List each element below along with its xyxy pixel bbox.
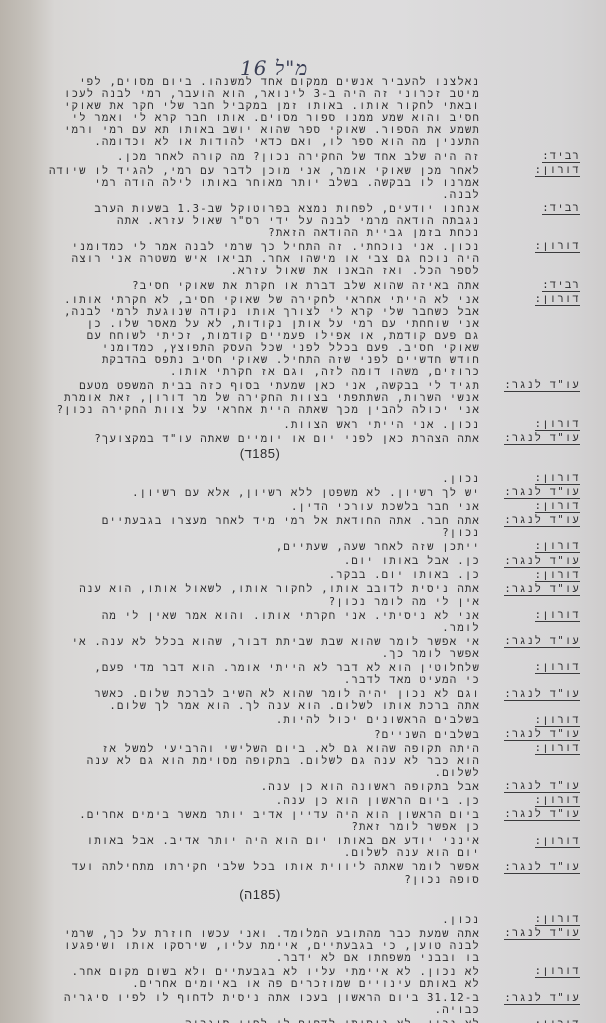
transcript-line: אנחנו יודעים, לפחות נמצא בפרוטוקל שב-1.3… (40, 203, 480, 215)
transcript-line: נכון. (40, 914, 480, 926)
transcript-line: ב-31.12 ביום הראשון בעכו אתה ניסית לדחוף… (40, 992, 480, 1004)
transcript-line: אתה שמעת כבר מהתובע המלומד. ואני עכשו חו… (40, 928, 480, 940)
transcript-line: כן. באותו יום. בבקר. (40, 569, 480, 581)
speaker-label: עו"ד לנגר: (504, 928, 580, 940)
transcript-body: נאלצנו להעביר אנשים ממקום אחד למשנהו. בי… (40, 76, 480, 1023)
transcript-line: הוא כבר לא ענה גם לשלום. בתקופה מסוימת ה… (40, 755, 480, 767)
transcript-line: בו ובבני משפחתו אם לא ידבר. (40, 952, 480, 964)
speaker-label: דורון: (535, 541, 580, 553)
transcript-line: לספר הכל. ואז הבאנו את שאול עזרא. (40, 265, 480, 277)
transcript-line: ובאתי לחקור אותו. באותו זמן במקביל חבר ש… (40, 100, 480, 112)
transcript-line: כי המעיט מאד לדבר. (40, 674, 480, 686)
transcript-line: חסיב והוא שמע ממנו ספור מסוים. אותו חבר … (40, 112, 480, 124)
transcript-line: היתה תקופה שהוא גם לא. ביום השלישי והרבי… (40, 743, 480, 755)
speaker-label: רביד: (542, 280, 580, 292)
transcript-line: אני לא הייתי אחראי לחקירה של שאוקי חסיב,… (40, 294, 480, 306)
transcript-line: וגם לא נכון יהיה לומר שהוא לא השיב לברכת… (40, 688, 480, 700)
transcript-line: אי אפשר לומר שהוא שבת שביתת דבור, שהוא ב… (40, 636, 480, 648)
transcript-line: כן. ביום הראשון הוא כן ענה. (40, 795, 480, 807)
speaker-label: דורון: (535, 419, 580, 431)
speaker-label: דורון: (535, 294, 580, 306)
speaker-label: עו"ד לנגר: (504, 584, 580, 596)
speaker-label: עו"ד לנגר: (504, 781, 580, 793)
speaker-label: עו"ד לנגר: (504, 556, 580, 568)
speaker-label: דורון: (535, 1019, 580, 1023)
transcript-line: נכון. (40, 473, 480, 485)
transcript-line: התענין מה הוא ספר לו, ואם כדאי להודות או… (40, 136, 480, 148)
transcript-line: כן אפשר לומר זאת? (40, 821, 480, 833)
transcript-line: חודש חדשיים לפני שזה התחיל. שאוקי חסיב נ… (40, 354, 480, 366)
transcript-line: לאחר מכן שאוקי אומר, אני מוכן לדבר עם רמ… (40, 165, 480, 177)
transcript-line: תגיד לי בבקשה, אני כאן שמעתי בסוף כזה בב… (40, 380, 480, 392)
exhibit-number: (185ה) (40, 886, 480, 904)
speaker-label: עו"ד לנגר: (504, 729, 580, 741)
transcript-line: אתה ניסית לדובב אותו, לחקור אותו, לשאול … (40, 583, 480, 595)
speaker-label: דורון: (535, 836, 580, 848)
speaker-label: רביד: (542, 151, 580, 163)
speaker-label: עו"ד לנגר: (504, 636, 580, 648)
transcript-line: אני חבר בלשכת עורכי הדין. (40, 501, 480, 513)
transcript-line: לבנה. (40, 189, 480, 201)
transcript-line: נכון. אני הייתי ראש הצוות. (40, 419, 480, 431)
transcript-line: אינני יודע אם באותו יום הוא היה יותר אדי… (40, 835, 480, 847)
speaker-label: דורון: (535, 715, 580, 727)
transcript-line: אמרנו לו בבקשה. בשלב יותר מאוחר באותו לי… (40, 177, 480, 189)
transcript-line: אני שוחחתי עם רמי על אותן נקודות, לא על … (40, 318, 480, 330)
transcript-line: אין לי מה לומר נכון? (40, 596, 480, 608)
transcript-line: נכון? (40, 527, 480, 539)
transcript-line: אבל כשחבר שלי קרא לי לצורך אותו נקודה שנ… (40, 306, 480, 318)
speaker-label: דורון: (535, 662, 580, 674)
transcript-line: אתה חבר. אתה החודאת אל רמי מיד לאחר מעצר… (40, 515, 480, 527)
transcript-line: לא נכון. לא איימתי עליו לא בגבעתיים ולא … (40, 966, 480, 978)
transcript-line: אתה באיזה שהוא שלב דברת או חקרת את שאוקי… (40, 280, 480, 292)
speaker-label: עו"ד לנגר: (504, 380, 580, 392)
transcript-line: לומר. (40, 622, 480, 634)
transcript-line: אני לא ניסיתי. אני חקרתי אותו. והוא אמר … (40, 610, 480, 622)
transcript-line: כבויה. (40, 1004, 480, 1016)
transcript-line: גם פעם קודמת, או אפילו פעמיים קודמות, זכ… (40, 330, 480, 342)
speaker-label: רביד: (542, 203, 580, 215)
transcript-line: אתה ברכת אותו לשלום. הוא ענה לך. הוא אמר… (40, 700, 480, 712)
speaker-label: דורון: (535, 914, 580, 926)
speaker-label: דורון: (535, 795, 580, 807)
transcript-line: סופה נכון? (40, 874, 480, 886)
speaker-label: עו"ד לנגר: (504, 993, 580, 1005)
transcript-line: אפשר לומר כך. (40, 648, 480, 660)
transcript-line: יש לך רשיון. לא משפטן ללא רשיון, אלא עם … (40, 487, 480, 499)
speaker-label: עו"ד לנגר: (504, 689, 580, 701)
transcript-line: ביום הראשון הוא היה עדיין אדיב יותר מאשר… (40, 809, 480, 821)
transcript-line: נאלצנו להעביר אנשים ממקום אחד למשנהו. בי… (40, 76, 480, 88)
transcript-line: אפשר לומר שאתה ליווית אותו בכל שלבי חקיר… (40, 861, 480, 873)
speaker-label: דורון: (535, 473, 580, 485)
transcript-line: לא באותם עינויים שמוזכרים פה או באיומים … (40, 978, 480, 990)
transcript-line: שלחלוטין הוא לא דבר לא הייתי אומר. הוא ד… (40, 662, 480, 674)
transcript-line: יום הוא ענה לשלום. (40, 847, 480, 859)
transcript-line: בשלבים הראשונים יכול להיות. (40, 714, 480, 726)
speaker-label: דורון: (535, 966, 580, 978)
transcript-line: ייתכן שזה לאחר שעה, שעתיים, (40, 541, 480, 553)
speaker-label: דורון: (535, 165, 580, 177)
transcript-line: בשלבים השניים? (40, 729, 480, 741)
speaker-label: דורון: (535, 241, 580, 253)
transcript-line: לבנה טוען, כי בגבעתיים, איימת עליו, שירס… (40, 940, 480, 952)
speaker-label: עו"ד לנגר: (504, 487, 580, 499)
speaker-label: דורון: (535, 570, 580, 582)
transcript-line: נכון. אני נוכחתי. זה התחיל כך שרמי לבנה … (40, 241, 480, 253)
speaker-label: עו"ד לנגר: (504, 809, 580, 821)
transcript-line: שאוקי חסיב. פעם בכלל לפני שכל העסק התפוצ… (40, 342, 480, 354)
document-page: מ"ל 16 נאלצנו להעביר אנשים ממקום אחד למש… (0, 0, 606, 1023)
transcript-line: אני יכולה להבין מכך שאתה היית אחראי על צ… (40, 404, 480, 416)
speaker-label: דורון: (535, 743, 580, 755)
speaker-label: עו"ד לנגר: (504, 433, 580, 445)
speaker-label: דורון: (535, 501, 580, 513)
speaker-label: עו"ד לנגר: (504, 862, 580, 874)
transcript-line: תשמע את הספור. שאוקי ספר שהוא יושב באותו… (40, 124, 480, 136)
speaker-label: דורון: (535, 610, 580, 622)
transcript-line: מיטב זכרוני זה היה ב-3 לינואר, הוא הועבר… (40, 88, 480, 100)
transcript-line: נגבתה הודאה מרמי לבנה על ידי רס"ר שאול ע… (40, 215, 480, 227)
transcript-line: היה נוכח גם צבי או מישהו אחר. תביאו איש … (40, 253, 480, 265)
exhibit-number: (185ד) (40, 445, 480, 463)
transcript-line: אבל בתקופה ראשונה הוא כן ענה. (40, 781, 480, 793)
transcript-line: זה היה שלב אחד של החקירה נכון? מה קורה ל… (40, 151, 480, 163)
transcript-line: לא נכון. לא ניסיתי לדחוף לו לפיו סיגריה. (40, 1018, 480, 1023)
transcript-line: אנשי השרות, השתתפתי בצוות החקירה של מר ד… (40, 392, 480, 404)
transcript-line: נכחת בזמן גביית ההודאה הזאת? (40, 227, 480, 239)
transcript-line: אתה הצהרת כאן לפני יום או יומיים שאתה עו… (40, 433, 480, 445)
transcript-line: כן. אבל באותו יום. (40, 555, 480, 567)
speaker-label: עו"ד לנגר: (504, 515, 580, 527)
transcript-line: כרוזים, משהו דומה לזה, וגם אז חקרתי אותו… (40, 366, 480, 378)
transcript-line: לשלום. (40, 767, 480, 779)
